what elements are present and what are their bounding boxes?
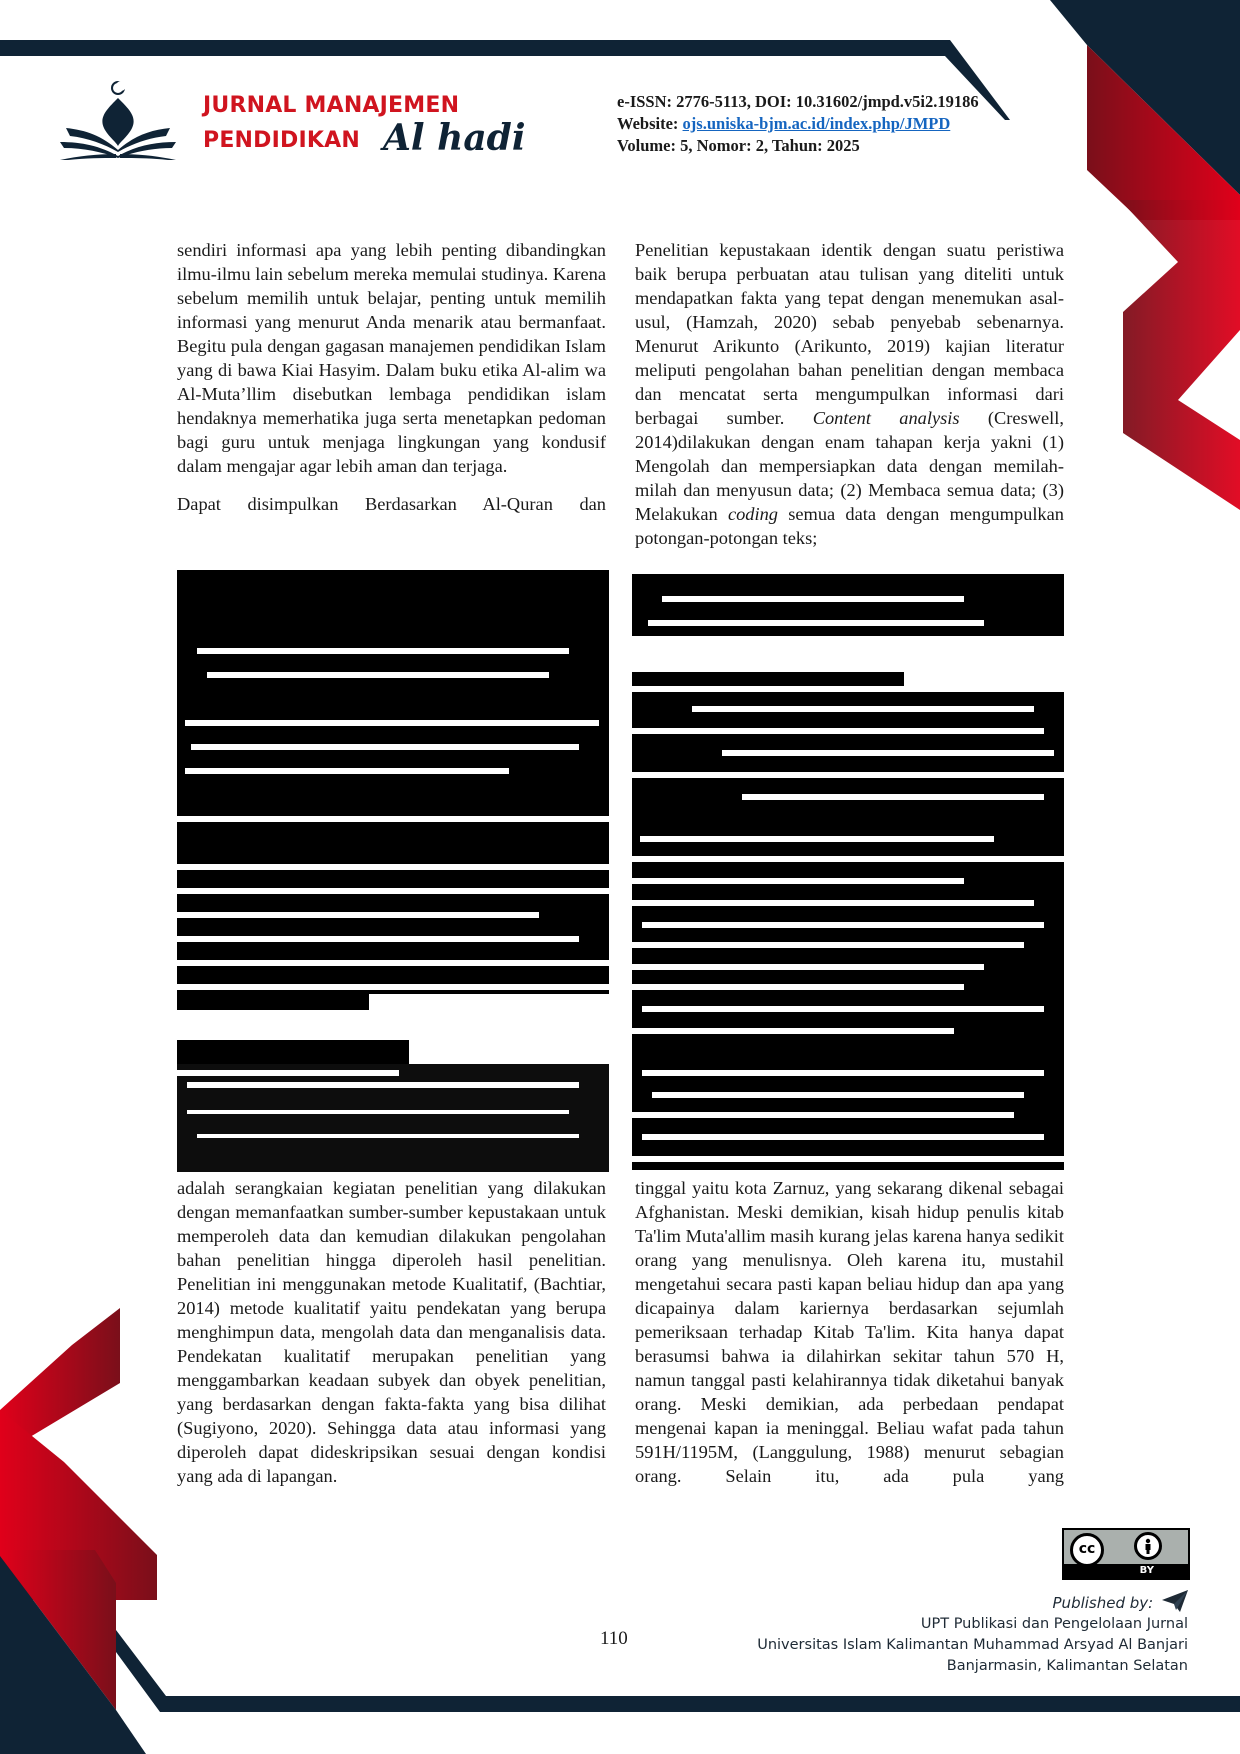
redacted-block [632, 574, 1064, 636]
website-label: Website: [617, 114, 683, 133]
publisher-info: Published by: UPT Publikasi dan Pengelol… [757, 1590, 1188, 1677]
left-paragraph-3: adalah serangkaian kegiatan penelitian y… [177, 1176, 606, 1488]
website-link[interactable]: ojs.uniska-bjm.ac.id/index.php/JMPD [683, 114, 951, 133]
redacted-block [177, 1064, 609, 1172]
mosque-book-icon [58, 80, 176, 160]
italic-term-content-analysis: Content analysis [813, 408, 960, 428]
journal-meta: e-ISSN: 2776-5113, DOI: 10.31602/jmpd.v5… [617, 91, 979, 157]
volume-info: Volume: 5, Nomor: 2, Tahun: 2025 [617, 135, 979, 157]
cc-icon: cc [1070, 1533, 1104, 1567]
publisher-line-2: Universitas Islam Kalimantan Muhammad Ar… [757, 1635, 1188, 1656]
left-red-ribbon [0, 1232, 120, 1455]
attribution-person-icon [1134, 1532, 1162, 1560]
journal-title-script: Al hadi [383, 118, 526, 158]
redacted-block [632, 692, 1064, 1170]
published-by-label: Published by: [1053, 1594, 1154, 1612]
right-paragraph-1-text-a: Penelitian kepustakaan identik dengan su… [635, 240, 1064, 428]
cc-by-license-badge[interactable]: cc BY [1062, 1528, 1190, 1580]
issn-doi: e-ISSN: 2776-5113, DOI: 10.31602/jmpd.v5… [617, 91, 979, 113]
italic-term-coding: coding [728, 504, 778, 524]
published-by-line: Published by: [757, 1590, 1188, 1614]
publisher-line-3: Banjarmasin, Kalimantan Selatan [757, 1656, 1188, 1677]
left-paragraph-1: sendiri informasi apa yang lebih penting… [177, 238, 606, 478]
right-paragraph-2: tinggal yaitu kota Zarnuz, yang sekarang… [635, 1176, 1064, 1488]
redacted-block [177, 570, 609, 1010]
left-column: sendiri informasi apa yang lebih penting… [177, 238, 606, 516]
right-column-continued: tinggal yaitu kota Zarnuz, yang sekarang… [635, 1176, 1064, 1488]
license-badge-label: BY [1064, 1564, 1188, 1578]
publisher-line-1: UPT Publikasi dan Pengelolaan Jurnal [757, 1614, 1188, 1635]
page-number: 110 [600, 1628, 628, 1650]
right-column: Penelitian kepustakaan identik dengan su… [635, 238, 1064, 550]
right-red-ribbon [1120, 200, 1240, 510]
redacted-block [177, 1040, 409, 1064]
left-column-continued: adalah serangkaian kegiatan penelitian y… [177, 1176, 606, 1488]
right-paragraph-1: Penelitian kepustakaan identik dengan su… [635, 238, 1064, 550]
left-paragraph-2-start: Dapat disimpulkan Berdasarkan Al-Quran d… [177, 492, 606, 516]
redacted-block [632, 672, 904, 686]
paper-plane-icon [1162, 1590, 1188, 1612]
website-line: Website: ojs.uniska-bjm.ac.id/index.php/… [617, 113, 979, 135]
